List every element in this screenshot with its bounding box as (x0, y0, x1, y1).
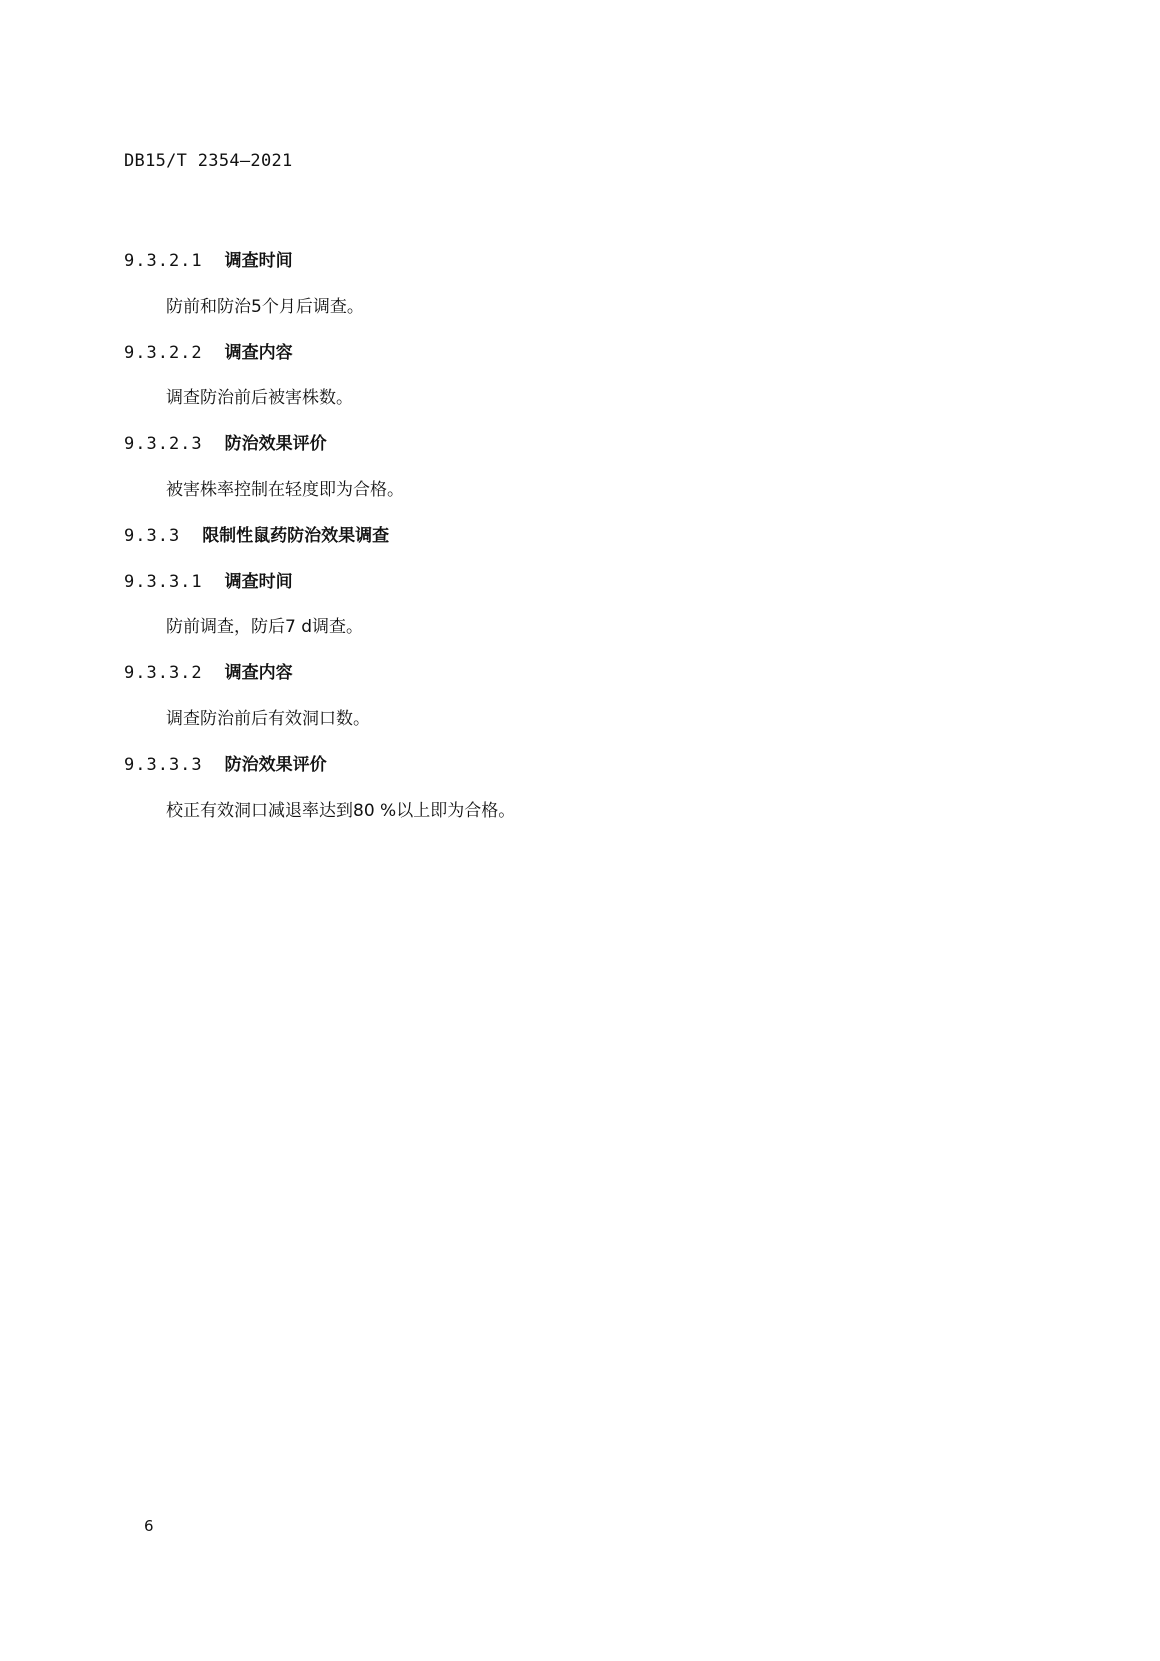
section-heading: 9.3.3.2调查内容 (124, 658, 293, 683)
section-heading: 9.3.3.1调查时间 (124, 567, 293, 592)
section-heading: 9.3.2.1调查时间 (124, 246, 293, 271)
paragraph: 校正有效洞口减退率达到80 %以上即为合格。 (166, 796, 515, 821)
section-number: 9.3.3 (124, 526, 180, 546)
section-title: 防治效果评价 (225, 755, 327, 775)
section-title: 调查时间 (225, 251, 293, 271)
section-title: 防治效果评价 (225, 434, 327, 454)
paragraph: 防前和防治5个月后调查。 (166, 292, 364, 317)
section-title: 调查内容 (225, 663, 293, 683)
page-number: 6 (144, 1517, 154, 1535)
section-title: 限制性鼠药防治效果调查 (202, 526, 389, 546)
paragraph: 防前调查，防后7 d调查。 (166, 612, 363, 637)
section-number: 9.3.2.1 (124, 251, 203, 271)
paragraph: 调查防治前后被害株数。 (166, 383, 353, 408)
section-heading: 9.3.2.3防治效果评价 (124, 429, 327, 454)
section-number: 9.3.3.1 (124, 572, 203, 592)
paragraph: 调查防治前后有效洞口数。 (166, 704, 370, 729)
section-number: 9.3.2.3 (124, 434, 203, 454)
section-heading: 9.3.2.2调查内容 (124, 338, 293, 363)
section-number: 9.3.3.2 (124, 663, 203, 683)
section-number: 9.3.2.2 (124, 343, 203, 363)
section-title: 调查时间 (225, 572, 293, 592)
section-heading: 9.3.3.3防治效果评价 (124, 750, 327, 775)
section-title: 调查内容 (225, 343, 293, 363)
section-heading: 9.3.3限制性鼠药防治效果调查 (124, 521, 389, 546)
document-header: DB15/T 2354—2021 (124, 151, 293, 171)
paragraph: 被害株率控制在轻度即为合格。 (166, 475, 404, 500)
section-number: 9.3.3.3 (124, 755, 203, 775)
